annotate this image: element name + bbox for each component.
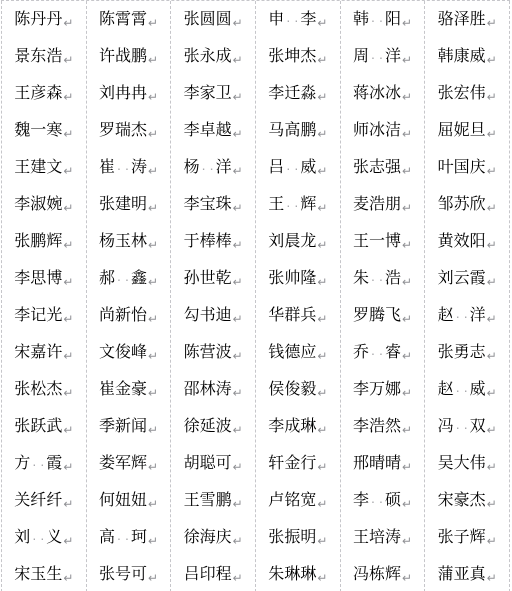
paragraph-mark-icon: ↵ <box>317 498 327 510</box>
paragraph-mark-icon: ↵ <box>63 202 73 214</box>
space-mark-icon: · <box>115 161 123 175</box>
name-cell[interactable]: 吴大伟↵ <box>425 445 509 482</box>
paragraph-mark-icon: ↵ <box>63 572 73 584</box>
paragraph-mark-icon: ↵ <box>487 54 497 66</box>
name-text: 陈丹丹 <box>14 12 62 28</box>
name-cell[interactable]: 杨··洋↵ <box>171 149 255 186</box>
name-text: 何妞妞 <box>99 493 147 509</box>
space-mark-icon: · <box>369 13 377 27</box>
name-text: 李··硕 <box>353 493 401 509</box>
paragraph-mark-icon: ↵ <box>317 572 327 584</box>
paragraph-mark-icon: ↵ <box>487 165 497 177</box>
name-text: 乔··睿 <box>353 345 401 361</box>
name-text: 马高鹏 <box>268 123 316 139</box>
space-mark-icon: · <box>462 383 470 397</box>
name-text: 徐延波 <box>184 419 232 435</box>
name-text: 黄效阳 <box>438 234 486 250</box>
paragraph-mark-icon: ↵ <box>402 350 412 362</box>
name-text: 刘晨龙 <box>268 234 316 250</box>
paragraph-mark-icon: ↵ <box>63 54 73 66</box>
paragraph-mark-icon: ↵ <box>317 91 327 103</box>
name-text: 张圆圆 <box>184 12 232 28</box>
name-text: 吴大伟 <box>438 456 486 472</box>
paragraph-mark-icon: ↵ <box>148 128 158 140</box>
paragraph-mark-icon: ↵ <box>233 350 243 362</box>
name-cell[interactable]: 黄效阳↵ <box>425 223 509 260</box>
name-cell[interactable]: 方··霞↵ <box>2 445 86 482</box>
name-cell[interactable]: 关纤纤↵ <box>2 482 86 519</box>
name-cell[interactable]: 张鹏辉↵ <box>2 223 86 260</box>
name-cell[interactable]: 冯··双↵ <box>425 408 509 445</box>
name-text: 张子辉 <box>438 530 486 546</box>
name-text: 许战鹏 <box>99 49 147 65</box>
name-cell[interactable]: 娄军辉↵ <box>87 445 171 482</box>
name-text: 李迁淼 <box>268 86 316 102</box>
name-cell[interactable]: 陈营波↵ <box>171 334 255 371</box>
name-text: 冯··双 <box>438 419 486 435</box>
name-text: 于棒棒 <box>184 234 232 250</box>
space-mark-icon: · <box>377 346 385 360</box>
paragraph-mark-icon: ↵ <box>487 276 497 288</box>
paragraph-mark-icon: ↵ <box>487 387 497 399</box>
name-cell[interactable]: 李记光↵ <box>2 297 86 334</box>
name-text: 张帅隆 <box>268 271 316 287</box>
space-mark-icon: · <box>369 50 377 64</box>
name-cell[interactable]: 朱··浩↵ <box>341 260 425 297</box>
name-text: 麦浩朋 <box>353 197 401 213</box>
name-text: 景东浩 <box>14 49 62 65</box>
name-cell[interactable]: 李卓越↵ <box>171 112 255 149</box>
name-text: 韩··阳 <box>353 12 401 28</box>
name-text: 邹苏欣 <box>438 197 486 213</box>
name-text: 王一博 <box>353 234 401 250</box>
name-cell[interactable]: 李宝珠↵ <box>171 186 255 223</box>
name-text: 张永成 <box>184 49 232 65</box>
name-cell[interactable]: 许战鹏↵ <box>87 38 171 75</box>
name-cell[interactable]: 师冰洁↵ <box>341 112 425 149</box>
name-text: 娄军辉 <box>99 456 147 472</box>
paragraph-mark-icon: ↵ <box>402 239 412 251</box>
name-cell[interactable]: 罗瑞杰↵ <box>87 112 171 149</box>
paragraph-mark-icon: ↵ <box>402 572 412 584</box>
paragraph-mark-icon: ↵ <box>487 461 497 473</box>
paragraph-mark-icon: ↵ <box>487 313 497 325</box>
name-text: 关纤纤 <box>14 493 62 509</box>
paragraph-mark-icon: ↵ <box>317 202 327 214</box>
paragraph-mark-icon: ↵ <box>487 572 497 584</box>
name-text: 李浩然 <box>353 419 401 435</box>
paragraph-mark-icon: ↵ <box>233 202 243 214</box>
paragraph-mark-icon: ↵ <box>233 54 243 66</box>
paragraph-mark-icon: ↵ <box>63 276 73 288</box>
name-text: 孙世乾 <box>184 271 232 287</box>
space-mark-icon: · <box>454 309 462 323</box>
name-cell[interactable]: 朱琳琳↵ <box>256 556 340 591</box>
name-text: 邢晴晴 <box>353 456 401 472</box>
name-text: 宋玉生 <box>14 567 62 583</box>
table-column: 韩··阳↵周··洋↵蒋冰冰↵师冰洁↵张志强↵麦浩朋↵王一博↵朱··浩↵罗腾飞↵乔… <box>340 1 425 591</box>
paragraph-mark-icon: ↵ <box>402 165 412 177</box>
name-cell[interactable]: 冯栋辉↵ <box>341 556 425 591</box>
name-cell[interactable]: 李迁淼↵ <box>256 75 340 112</box>
name-cell[interactable]: 张跃武↵ <box>2 408 86 445</box>
name-cell[interactable]: 侯俊毅↵ <box>256 371 340 408</box>
name-text: 郝··鑫 <box>99 271 147 287</box>
name-text: 张振明 <box>268 530 316 546</box>
paragraph-mark-icon: ↵ <box>317 313 327 325</box>
name-cell[interactable]: 刘晨龙↵ <box>256 223 340 260</box>
name-text: 张志强 <box>353 160 401 176</box>
paragraph-mark-icon: ↵ <box>148 387 158 399</box>
name-cell[interactable]: 乔··睿↵ <box>341 334 425 371</box>
paragraph-mark-icon: ↵ <box>487 91 497 103</box>
paragraph-mark-icon: ↵ <box>63 387 73 399</box>
name-text: 宋豪杰 <box>438 493 486 509</box>
name-cell[interactable]: 张帅隆↵ <box>256 260 340 297</box>
name-cell[interactable]: 张宏伟↵ <box>425 75 509 112</box>
space-mark-icon: · <box>284 161 292 175</box>
name-cell[interactable]: 蒋冰冰↵ <box>341 75 425 112</box>
paragraph-mark-icon: ↵ <box>233 535 243 547</box>
name-text: 华群兵 <box>268 308 316 324</box>
name-cell[interactable]: 张子辉↵ <box>425 519 509 556</box>
paragraph-mark-icon: ↵ <box>63 350 73 362</box>
name-cell[interactable]: 蒲亚真↵ <box>425 556 509 591</box>
paragraph-mark-icon: ↵ <box>402 128 412 140</box>
name-cell[interactable]: 张号可↵ <box>87 556 171 591</box>
name-text: 王建文 <box>14 160 62 176</box>
name-text: 胡聪可 <box>184 456 232 472</box>
name-text: 骆泽胜 <box>438 12 486 28</box>
name-text: 张松杰 <box>14 382 62 398</box>
name-cell[interactable]: 宋嘉许↵ <box>2 334 86 371</box>
name-text: 叶国庆 <box>438 160 486 176</box>
name-text: 师冰洁 <box>353 123 401 139</box>
name-text: 张号可 <box>99 567 147 583</box>
name-cell[interactable]: 周··洋↵ <box>341 38 425 75</box>
name-text: 季新闻 <box>99 419 147 435</box>
table-column: 陈丹丹↵景东浩↵王彦森↵魏一寒↵王建文↵李淑婉↵张鹏辉↵李思博↵李记光↵宋嘉许↵… <box>1 1 86 591</box>
name-cell[interactable]: 叶国庆↵ <box>425 149 509 186</box>
paragraph-mark-icon: ↵ <box>402 313 412 325</box>
name-text: 王雪鹏 <box>184 493 232 509</box>
name-text: 轩金行 <box>268 456 316 472</box>
name-cell[interactable]: 徐海庆↵ <box>171 519 255 556</box>
name-cell[interactable]: 韩康威↵ <box>425 38 509 75</box>
name-text: 吕印程 <box>184 567 232 583</box>
name-cell[interactable]: 屈妮旦↵ <box>425 112 509 149</box>
name-cell[interactable]: 卢铭宽↵ <box>256 482 340 519</box>
name-cell[interactable]: 张坤杰↵ <box>256 38 340 75</box>
name-cell[interactable]: 骆泽胜↵ <box>425 1 509 38</box>
name-text: 申··李 <box>268 12 316 28</box>
paragraph-mark-icon: ↵ <box>317 165 327 177</box>
name-text: 朱··浩 <box>353 271 401 287</box>
paragraph-mark-icon: ↵ <box>233 424 243 436</box>
paragraph-mark-icon: ↵ <box>148 239 158 251</box>
name-cell[interactable]: 刘··义↵ <box>2 519 86 556</box>
name-text: 魏一寒 <box>14 123 62 139</box>
space-mark-icon: · <box>208 161 216 175</box>
paragraph-mark-icon: ↵ <box>317 54 327 66</box>
paragraph-mark-icon: ↵ <box>402 498 412 510</box>
paragraph-mark-icon: ↵ <box>148 424 158 436</box>
name-text: 宋嘉许 <box>14 345 62 361</box>
table-column: 申··李↵张坤杰↵李迁淼↵马高鹏↵吕··威↵王··辉↵刘晨龙↵张帅隆↵华群兵↵钱… <box>255 1 340 591</box>
paragraph-mark-icon: ↵ <box>148 17 158 29</box>
name-cell[interactable]: 王培涛↵ <box>341 519 425 556</box>
name-cell[interactable]: 景东浩↵ <box>2 38 86 75</box>
name-cell[interactable]: 张志强↵ <box>341 149 425 186</box>
name-text: 李家卫 <box>184 86 232 102</box>
paragraph-mark-icon: ↵ <box>63 128 73 140</box>
paragraph-mark-icon: ↵ <box>148 572 158 584</box>
name-text: 张鹏辉 <box>14 234 62 250</box>
name-cell[interactable]: 轩金行↵ <box>256 445 340 482</box>
name-cell[interactable]: 李淑婉↵ <box>2 186 86 223</box>
name-text: 李记光 <box>14 308 62 324</box>
paragraph-mark-icon: ↵ <box>317 128 327 140</box>
space-mark-icon: · <box>284 198 292 212</box>
paragraph-mark-icon: ↵ <box>402 54 412 66</box>
name-text: 杨玉林 <box>99 234 147 250</box>
paragraph-mark-icon: ↵ <box>63 424 73 436</box>
paragraph-mark-icon: ↵ <box>402 424 412 436</box>
name-cell[interactable]: 张永成↵ <box>171 38 255 75</box>
name-cell[interactable]: 徐延波↵ <box>171 408 255 445</box>
name-cell[interactable]: 张圆圆↵ <box>171 1 255 38</box>
name-text: 王培涛 <box>353 530 401 546</box>
name-cell[interactable]: 陈霄霄↵ <box>87 1 171 38</box>
name-text: 赵··洋 <box>438 308 486 324</box>
name-text: 屈妮旦 <box>438 123 486 139</box>
name-text: 张跃武 <box>14 419 62 435</box>
space-mark-icon: · <box>30 531 38 545</box>
paragraph-mark-icon: ↵ <box>148 535 158 547</box>
space-mark-icon: · <box>369 346 377 360</box>
name-cell[interactable]: 李浩然↵ <box>341 408 425 445</box>
space-mark-icon: · <box>292 13 300 27</box>
name-cell[interactable]: 宋豪杰↵ <box>425 482 509 519</box>
name-text: 勾书迪 <box>184 308 232 324</box>
space-mark-icon: · <box>454 420 462 434</box>
paragraph-mark-icon: ↵ <box>402 202 412 214</box>
name-text: 韩康威 <box>438 49 486 65</box>
name-cell[interactable]: 钱德应↵ <box>256 334 340 371</box>
paragraph-mark-icon: ↵ <box>148 202 158 214</box>
paragraph-mark-icon: ↵ <box>63 313 73 325</box>
name-cell[interactable]: 王建文↵ <box>2 149 86 186</box>
name-cell[interactable]: 吕印程↵ <box>171 556 255 591</box>
name-cell[interactable]: 文俊峰↵ <box>87 334 171 371</box>
paragraph-mark-icon: ↵ <box>487 128 497 140</box>
space-mark-icon: · <box>115 272 123 286</box>
name-text: 崔金豪 <box>99 382 147 398</box>
name-text: 方··霞 <box>14 456 62 472</box>
name-cell[interactable]: 崔金豪↵ <box>87 371 171 408</box>
space-mark-icon: · <box>377 13 385 27</box>
paragraph-mark-icon: ↵ <box>63 91 73 103</box>
name-cell[interactable]: 高··珂↵ <box>87 519 171 556</box>
paragraph-mark-icon: ↵ <box>148 313 158 325</box>
paragraph-mark-icon: ↵ <box>148 276 158 288</box>
name-text: 尚新怡 <box>99 308 147 324</box>
name-text: 崔··涛 <box>99 160 147 176</box>
name-cell[interactable]: 王··辉↵ <box>256 186 340 223</box>
name-cell[interactable]: 陈丹丹↵ <box>2 1 86 38</box>
space-mark-icon: · <box>123 531 131 545</box>
name-text: 杨··洋 <box>184 160 232 176</box>
paragraph-mark-icon: ↵ <box>402 461 412 473</box>
name-cell[interactable]: 申··李↵ <box>256 1 340 38</box>
space-mark-icon: · <box>123 272 131 286</box>
name-cell[interactable]: 赵··威↵ <box>425 371 509 408</box>
name-cell[interactable]: 李家卫↵ <box>171 75 255 112</box>
name-cell[interactable]: 张松杰↵ <box>2 371 86 408</box>
name-cell[interactable]: 张勇志↵ <box>425 334 509 371</box>
paragraph-mark-icon: ↵ <box>233 498 243 510</box>
name-text: 陈营波 <box>184 345 232 361</box>
name-cell[interactable]: 王一博↵ <box>341 223 425 260</box>
name-cell[interactable]: 李··硕↵ <box>341 482 425 519</box>
name-cell[interactable]: 麦浩朋↵ <box>341 186 425 223</box>
name-cell[interactable]: 邹苏欣↵ <box>425 186 509 223</box>
name-cell[interactable]: 邢晴晴↵ <box>341 445 425 482</box>
name-cell[interactable]: 邵林涛↵ <box>171 371 255 408</box>
paragraph-mark-icon: ↵ <box>233 572 243 584</box>
name-cell[interactable]: 于棒棒↵ <box>171 223 255 260</box>
name-text: 王彦森 <box>14 86 62 102</box>
paragraph-mark-icon: ↵ <box>402 387 412 399</box>
name-text: 李思博 <box>14 271 62 287</box>
paragraph-mark-icon: ↵ <box>233 17 243 29</box>
name-text: 刘冉冉 <box>99 86 147 102</box>
name-cell[interactable]: 何妞妞↵ <box>87 482 171 519</box>
name-cell[interactable]: 吕··威↵ <box>256 149 340 186</box>
name-cell[interactable]: 魏一寒↵ <box>2 112 86 149</box>
name-cell[interactable]: 孙世乾↵ <box>171 260 255 297</box>
paragraph-mark-icon: ↵ <box>487 350 497 362</box>
paragraph-mark-icon: ↵ <box>402 91 412 103</box>
name-text: 李淑婉 <box>14 197 62 213</box>
paragraph-mark-icon: ↵ <box>487 535 497 547</box>
name-text: 蒋冰冰 <box>353 86 401 102</box>
name-cell[interactable]: 张振明↵ <box>256 519 340 556</box>
space-mark-icon: · <box>30 457 38 471</box>
name-text: 罗瑞杰 <box>99 123 147 139</box>
paragraph-mark-icon: ↵ <box>148 54 158 66</box>
space-mark-icon: · <box>462 309 470 323</box>
name-cell[interactable]: 勾书迪↵ <box>171 297 255 334</box>
space-mark-icon: · <box>462 420 470 434</box>
paragraph-mark-icon: ↵ <box>233 276 243 288</box>
paragraph-mark-icon: ↵ <box>233 461 243 473</box>
name-cell[interactable]: 罗腾飞↵ <box>341 297 425 334</box>
name-cell[interactable]: 崔··涛↵ <box>87 149 171 186</box>
name-text: 卢铭宽 <box>268 493 316 509</box>
paragraph-mark-icon: ↵ <box>487 202 497 214</box>
paragraph-mark-icon: ↵ <box>63 165 73 177</box>
name-cell[interactable]: 马高鹏↵ <box>256 112 340 149</box>
name-cell[interactable]: 宋玉生↵ <box>2 556 86 591</box>
name-text: 赵··威 <box>438 382 486 398</box>
space-mark-icon: · <box>369 272 377 286</box>
paragraph-mark-icon: ↵ <box>148 350 158 362</box>
name-text: 侯俊毅 <box>268 382 316 398</box>
paragraph-mark-icon: ↵ <box>63 239 73 251</box>
space-mark-icon: · <box>123 161 131 175</box>
table-column: 骆泽胜↵韩康威↵张宏伟↵屈妮旦↵叶国庆↵邹苏欣↵黄效阳↵刘云霞↵赵··洋↵张勇志… <box>424 1 510 591</box>
paragraph-mark-icon: ↵ <box>317 276 327 288</box>
paragraph-mark-icon: ↵ <box>63 17 73 29</box>
name-cell[interactable]: 刘冉冉↵ <box>87 75 171 112</box>
paragraph-mark-icon: ↵ <box>487 239 497 251</box>
paragraph-mark-icon: ↵ <box>148 461 158 473</box>
name-text: 刘云霞 <box>438 271 486 287</box>
name-cell[interactable]: 王雪鹏↵ <box>171 482 255 519</box>
name-cell[interactable]: 赵··洋↵ <box>425 297 509 334</box>
table-column: 张圆圆↵张永成↵李家卫↵李卓越↵杨··洋↵李宝珠↵于棒棒↵孙世乾↵勾书迪↵陈营波… <box>170 1 255 591</box>
name-cell[interactable]: 华群兵↵ <box>256 297 340 334</box>
name-cell[interactable]: 韩··阳↵ <box>341 1 425 38</box>
paragraph-mark-icon: ↵ <box>148 165 158 177</box>
name-cell[interactable]: 郝··鑫↵ <box>87 260 171 297</box>
name-cell[interactable]: 季新闻↵ <box>87 408 171 445</box>
name-text: 李万娜 <box>353 382 401 398</box>
paragraph-mark-icon: ↵ <box>63 461 73 473</box>
name-text: 张坤杰 <box>268 49 316 65</box>
name-text: 蒲亚真 <box>438 567 486 583</box>
name-text: 张勇志 <box>438 345 486 361</box>
space-mark-icon: · <box>200 161 208 175</box>
paragraph-mark-icon: ↵ <box>317 461 327 473</box>
paragraph-mark-icon: ↵ <box>487 498 497 510</box>
space-mark-icon: · <box>377 50 385 64</box>
name-text: 周··洋 <box>353 49 401 65</box>
paragraph-mark-icon: ↵ <box>317 17 327 29</box>
name-cell[interactable]: 刘云霞↵ <box>425 260 509 297</box>
name-cell[interactable]: 李成琳↵ <box>256 408 340 445</box>
name-text: 冯栋辉 <box>353 567 401 583</box>
name-cell[interactable]: 杨玉林↵ <box>87 223 171 260</box>
paragraph-mark-icon: ↵ <box>402 276 412 288</box>
space-mark-icon: · <box>377 272 385 286</box>
paragraph-mark-icon: ↵ <box>402 17 412 29</box>
name-text: 张宏伟 <box>438 86 486 102</box>
space-mark-icon: · <box>115 531 123 545</box>
paragraph-mark-icon: ↵ <box>317 424 327 436</box>
space-mark-icon: · <box>377 494 385 508</box>
paragraph-mark-icon: ↵ <box>233 128 243 140</box>
name-text: 陈霄霄 <box>99 12 147 28</box>
name-cell[interactable]: 张建明↵ <box>87 186 171 223</box>
paragraph-mark-icon: ↵ <box>402 535 412 547</box>
name-cell[interactable]: 李思博↵ <box>2 260 86 297</box>
space-mark-icon: · <box>38 457 46 471</box>
name-text: 罗腾飞 <box>353 308 401 324</box>
name-cell[interactable]: 胡聪可↵ <box>171 445 255 482</box>
name-text: 高··珂 <box>99 530 147 546</box>
name-cell[interactable]: 李万娜↵ <box>341 371 425 408</box>
name-cell[interactable]: 尚新怡↵ <box>87 297 171 334</box>
paragraph-mark-icon: ↵ <box>63 535 73 547</box>
space-mark-icon: · <box>284 13 292 27</box>
name-text: 张建明 <box>99 197 147 213</box>
paragraph-mark-icon: ↵ <box>148 91 158 103</box>
name-text: 邵林涛 <box>184 382 232 398</box>
name-cell[interactable]: 王彦森↵ <box>2 75 86 112</box>
name-text: 李宝珠 <box>184 197 232 213</box>
